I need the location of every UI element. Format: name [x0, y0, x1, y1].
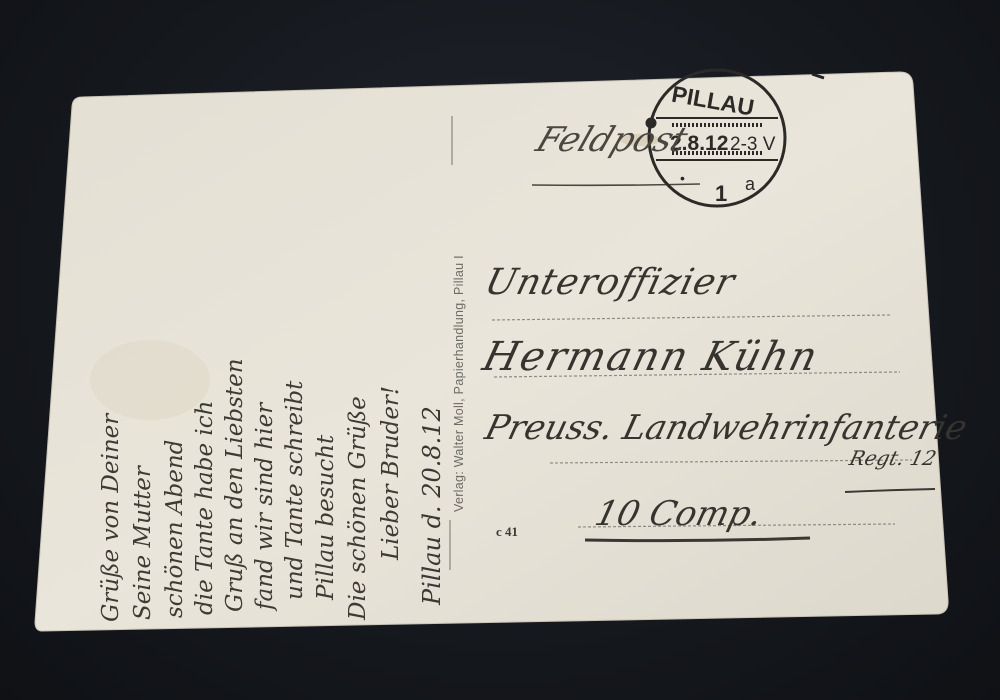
message-line: schönen Abend	[162, 440, 188, 618]
postcard: PILLAU 2.8.12 2-3 V • 1 a Feldpost Verla…	[0, 0, 1000, 700]
message-line: Die schönen Grüße	[345, 396, 371, 620]
message-line: und Tante schreibt	[282, 381, 308, 600]
postmark-office-number: 1	[715, 181, 727, 206]
message-line: Grüße von Deiner	[98, 414, 124, 622]
postmark-time: 2-3 V	[730, 134, 776, 155]
message-line: fand wir sind hier	[252, 403, 278, 610]
address-regiment: Regt. 12	[847, 446, 939, 470]
catalog-number: c 41	[496, 524, 518, 540]
address-company: 10 Comp.	[591, 494, 766, 534]
address-unit: Preuss. Landwehrinfanterie	[481, 408, 971, 448]
message-line: Pillau besucht	[313, 435, 339, 600]
address-name: Hermann Kühn	[478, 334, 823, 380]
postmark-office-letter: a	[745, 174, 756, 194]
feldpost-franking-note: Feldpost	[531, 120, 693, 160]
publisher-imprint: Verlag: Walter Moll, Papierhandlung, Pil…	[452, 255, 466, 512]
svg-text:•: •	[680, 170, 685, 186]
message-line: Seine Mutter	[130, 466, 156, 620]
message-place-date: Pillau d. 20.8.12	[418, 406, 446, 605]
address-rank: Unteroffizier	[481, 262, 740, 303]
message-salutation: Lieber Bruder!	[378, 386, 404, 560]
message-line: Gruß an den Liebsten	[222, 358, 248, 612]
message-line: die Tante habe ich	[192, 401, 218, 615]
